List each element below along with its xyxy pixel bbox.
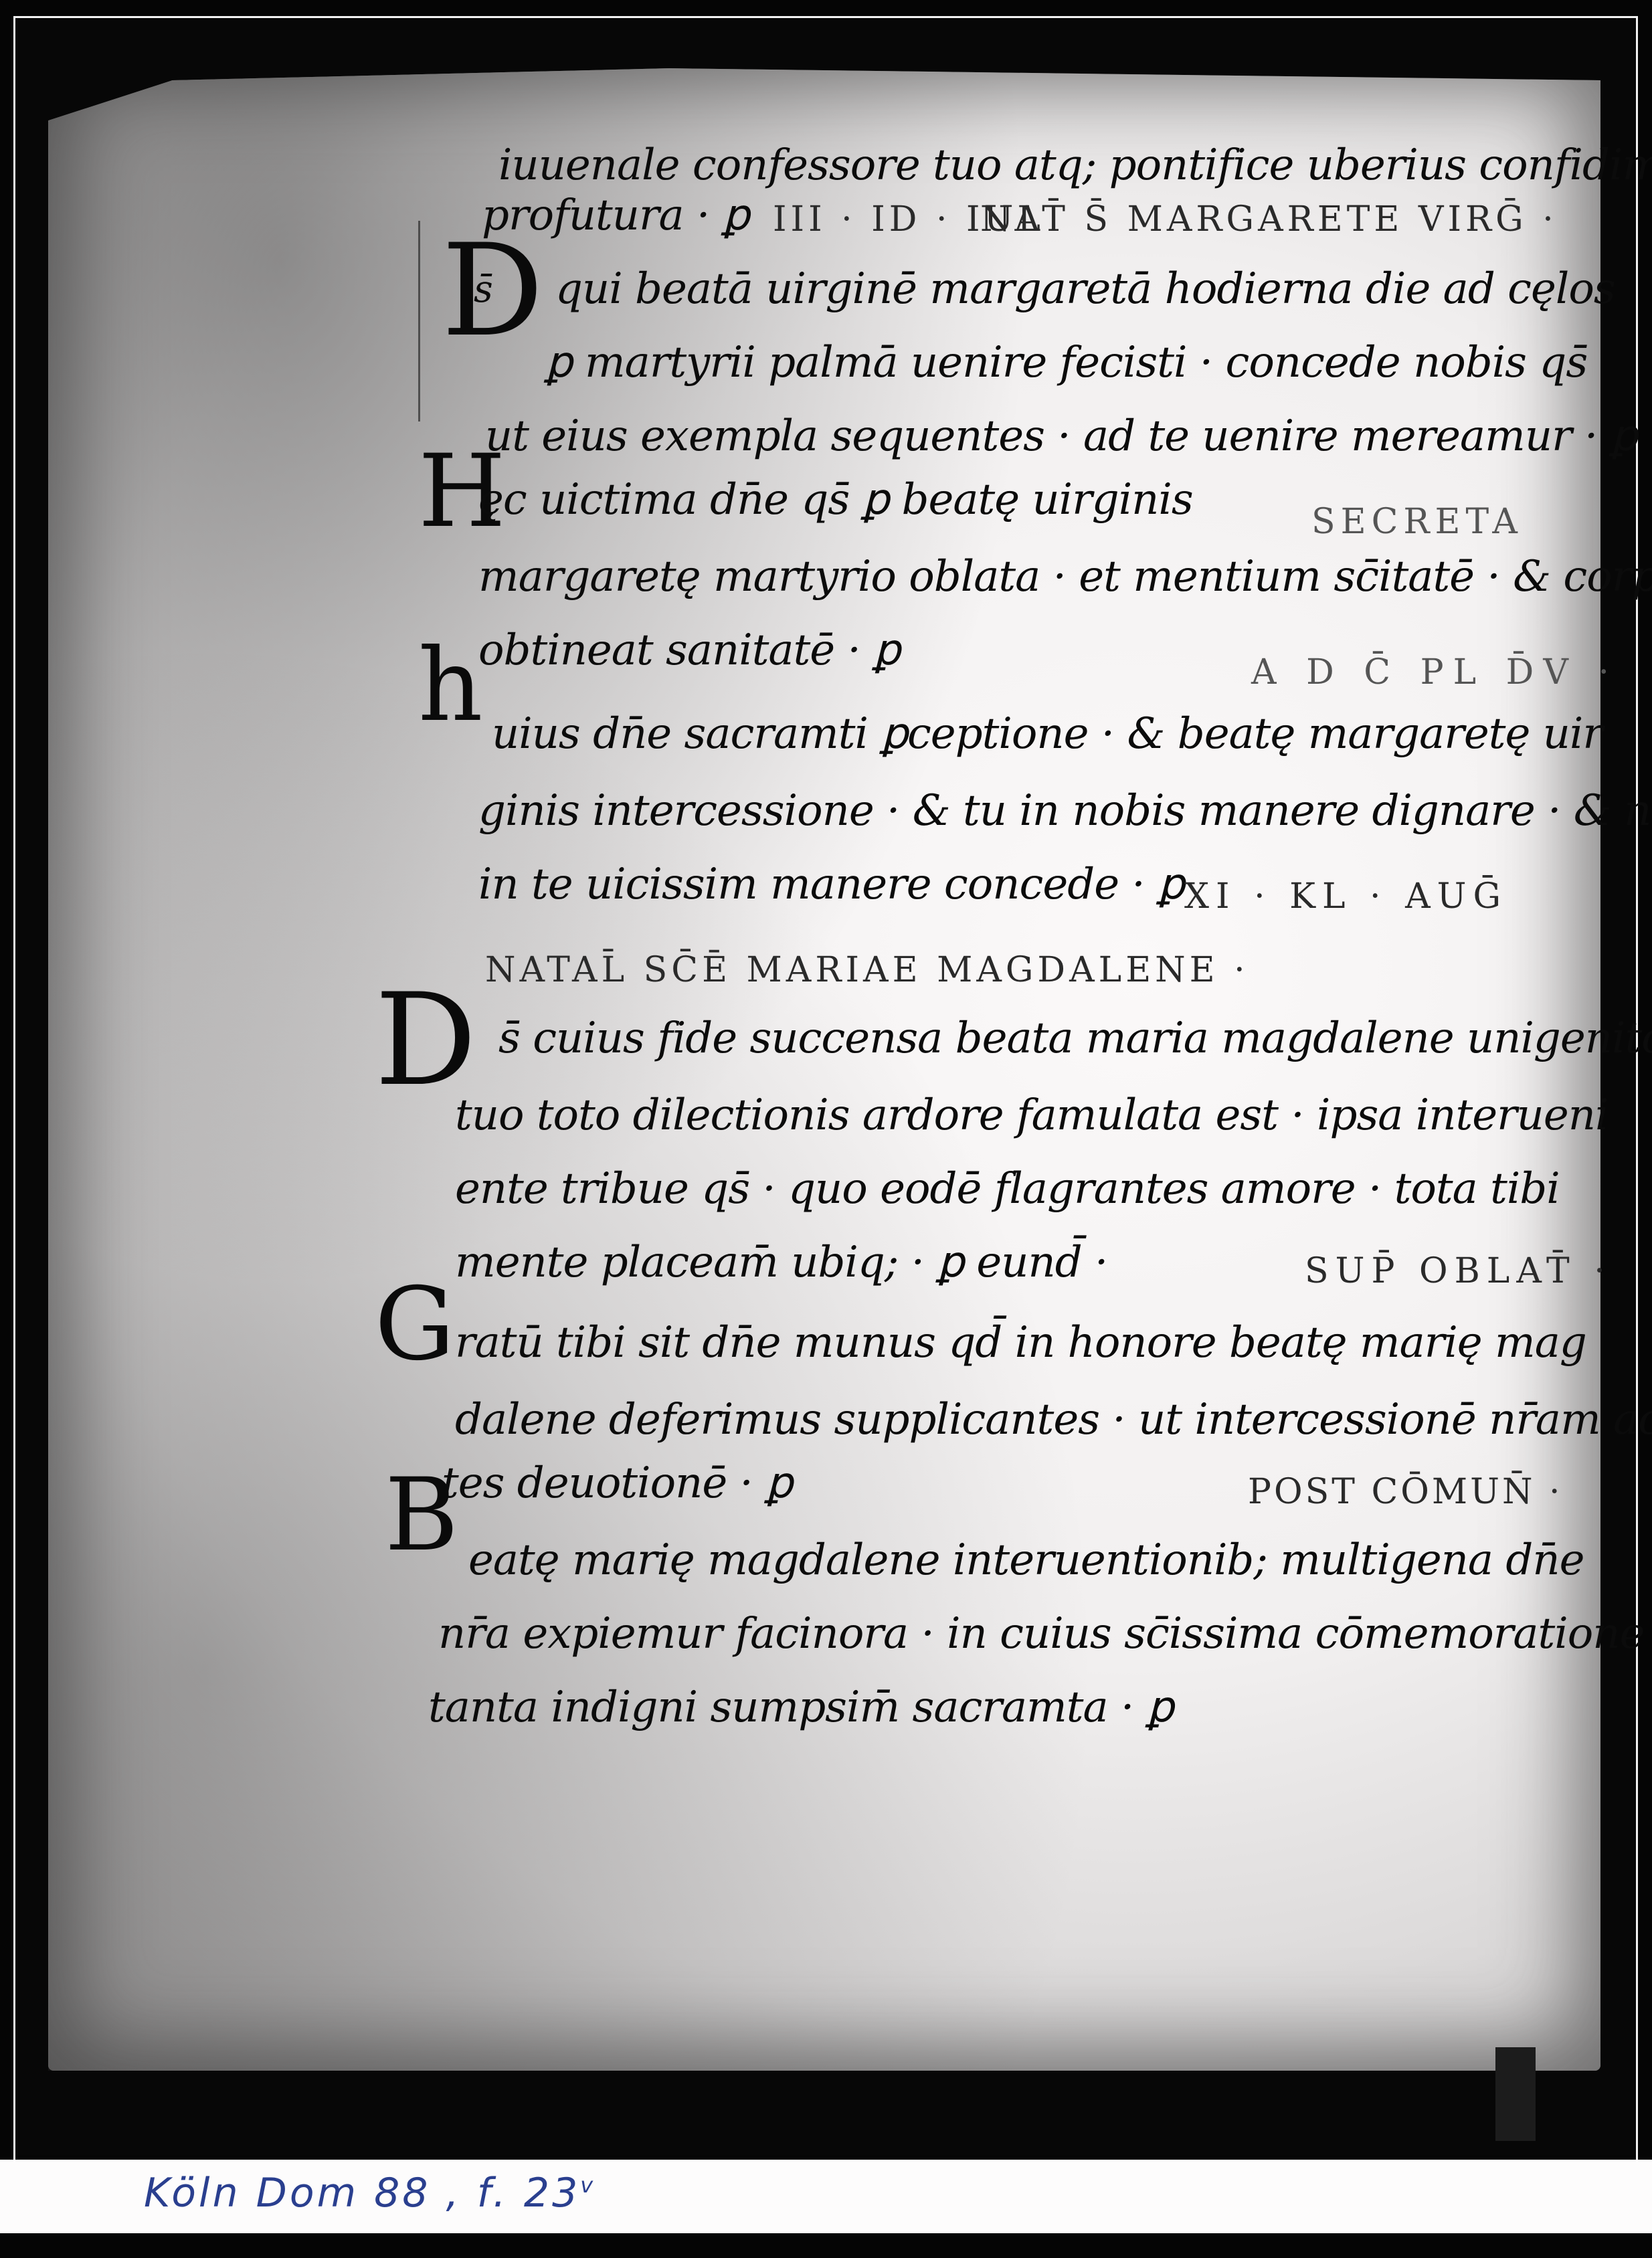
text-line: ęc uictima dn̄e qs̄ ꝑ beatę uirginis [478, 475, 1193, 525]
text-line: eatę marię magdalene interuentionib; mul… [468, 1535, 1584, 1585]
initial-letter-b: B [385, 1465, 458, 1566]
rubric-magdalene-date: XI · KL · AUḠ [1184, 876, 1507, 917]
text-line: ginis intercessione · & tu in nobis mane… [478, 786, 1652, 836]
text-line: mente placeam̄ ubiq; · ꝑ eund̄ · [455, 1238, 1107, 1287]
text-line: s̄ cuius fide succensa beata maria magda… [498, 1014, 1652, 1063]
text-line: iuuenale confessore tuo atq; pontifice u… [498, 140, 1652, 190]
text-line: ut eius exempla sequentes · ad te uenire… [485, 411, 1637, 461]
text-line: obtineat sanitatē · ꝑ [478, 626, 900, 675]
text-line: tes deuotionē · ꝑ [442, 1459, 792, 1508]
text-line: nr̄a expiemur facinora · in cuius sc̄iss… [438, 1609, 1644, 1659]
text-line: in te uicissim manere concede · ꝑ [478, 860, 1184, 909]
initial-abbreviation: s̄ [474, 268, 493, 311]
text-line: ente tribue qs̄ · quo eodē flagrantes am… [455, 1164, 1560, 1214]
rubric-ad-complendum: A D C̄ PL D̄V · [1251, 652, 1619, 692]
rubric-post-communio: POST CŌMUN̄ · [1248, 1472, 1563, 1512]
caption-shelfmark: Köln Dom 88 [144, 2170, 430, 2217]
text-line: ratū tibi sit dn̄e munus qd̄ in honore b… [455, 1318, 1586, 1368]
bottom-black-bar [0, 2233, 1652, 2258]
initial-letter-h-lower: h [418, 636, 483, 736]
rubric-super-oblata: SUP̄ OBLAT̄ · [1305, 1251, 1612, 1291]
text-line: tanta indigni sumpsim̄ sacramta · ꝑ [428, 1683, 1173, 1732]
rubric-secreta: SECRETA [1311, 502, 1523, 542]
handwritten-caption: Köln Dom 88 , f. 23v [144, 2170, 595, 2217]
rubric-magdalene-feast: NATAL̄ SC̄Ē MARIAE MAGDALENE · [485, 950, 1249, 990]
caption-separator: , [446, 2170, 462, 2217]
initial-letter-g: G [375, 1275, 455, 1375]
text-line: dalene deferimus supplicantes · ut inter… [455, 1395, 1652, 1444]
text-line: tuo toto dilectionis ardore famulata est… [455, 1091, 1608, 1140]
manuscript-text: iuuenale confessore tuo atq; pontifice u… [0, 0, 1652, 2258]
text-line: qui beatā uirginē margaretā hodierna die… [555, 264, 1615, 314]
text-line: margaretę martyrio oblata · et mentium s… [478, 552, 1652, 601]
text-line: uius dn̄e sacramti ꝑceptione · & beatę m… [492, 709, 1602, 759]
rubric-feast-title: NAT̄ S̄ MARGARETE VIRḠ · [980, 199, 1558, 240]
caption-folio-side: v [580, 2172, 595, 2198]
caption-folio: f. 23 [477, 2170, 581, 2217]
initial-letter-d-magdalene: D [375, 977, 476, 1104]
text-line: ꝑ martyrii palmā uenire fecisti · conced… [545, 338, 1587, 387]
